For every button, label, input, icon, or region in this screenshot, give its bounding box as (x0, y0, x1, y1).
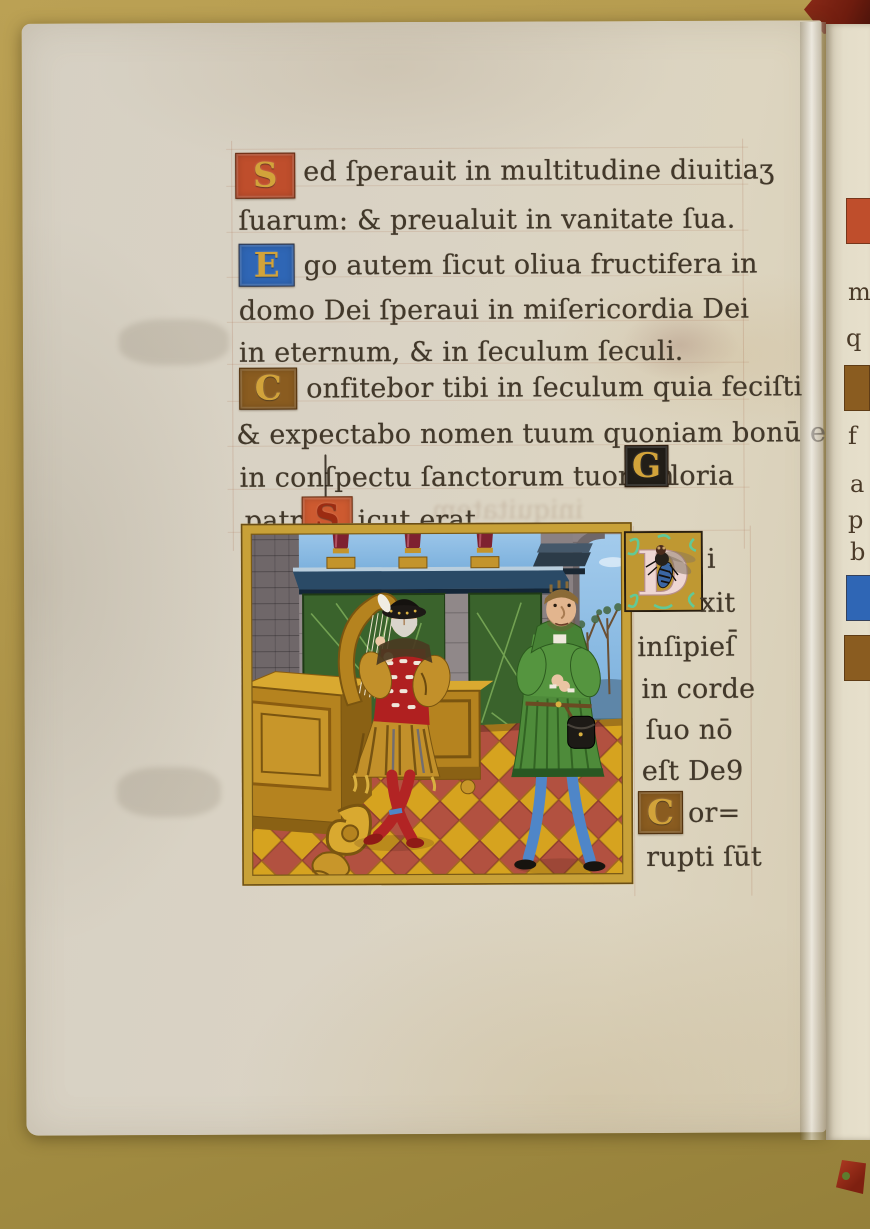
initial-d-artwork: D (624, 531, 703, 612)
miniature-king-david-and-fool (241, 522, 634, 886)
ball-foot (461, 780, 475, 794)
initial-letter: E (254, 248, 280, 282)
facing-letter-fragment: m (848, 278, 870, 306)
psalm-line: i (707, 543, 716, 577)
belt-pouch (568, 716, 595, 748)
psalm-line: xit (700, 587, 735, 621)
black-shoe (514, 860, 536, 870)
pillar-cornice (533, 552, 591, 566)
page-gutter-fold (800, 22, 826, 1140)
margin-smudge (119, 319, 229, 365)
photo-backdrop: iniquitatem S ed ſperauit in multitudine… (0, 0, 870, 1229)
psalm-line: ſuo nō (646, 714, 733, 748)
facing-initial-fragment-blue (846, 575, 870, 621)
initial-letter: G (632, 449, 661, 483)
illuminated-initial-D-with-fly: D (624, 531, 703, 612)
psalm-line: onfitebor tibi in ſeculum quia feciſti (306, 370, 802, 406)
facing-initial-fragment-gold (844, 635, 870, 681)
initial-letter: C (255, 372, 282, 406)
manuscript-page: iniquitatem S ed ſperauit in multitudine… (22, 20, 827, 1135)
psalm-line: & expectabo nomen tuum quoniam bonū eſt (236, 416, 847, 452)
verse-initial-E-blue: E (239, 244, 295, 287)
psalm-line: in eternum, & in ſeculum ſeculi. (239, 335, 684, 371)
psalm-line: domo Dei ſperaui in miſericordia Dei (239, 293, 750, 329)
verse-initial-S-red: S (235, 153, 295, 199)
pen-flourish (324, 454, 326, 500)
psalm-line: go autem ſicut oliua fructifera in (304, 248, 758, 284)
mantel-shelf (293, 566, 569, 594)
psalm-line: in corde (641, 673, 755, 707)
shirt-collar (553, 634, 566, 643)
psalm-line: ſuarum: & preualuit in vanitate ſua. (238, 203, 735, 239)
belt-buckle (556, 701, 562, 707)
psalm-line: eſt De9 (642, 755, 744, 789)
facing-letter-fragment: q (846, 324, 861, 352)
initial-letter: S (253, 159, 278, 193)
psalm-line: in conſpectu ſanctorum tuorum (239, 460, 674, 496)
hem-band (512, 768, 604, 776)
psalm-line: inſipieſ̄ (637, 631, 735, 665)
psalm-line: loria (670, 460, 734, 494)
verse-initial-G-black: G (624, 445, 668, 487)
ruling-line (226, 147, 748, 150)
facing-page-edge: m q f a p b (826, 24, 870, 1140)
psalm-line: ed ſperauit in multitudine diuitiaʒ (303, 153, 774, 189)
black-shoe (583, 861, 605, 871)
facing-letter-fragment: f (848, 422, 857, 450)
facing-letter-fragment: p (848, 506, 863, 534)
initial-letter: C (647, 795, 674, 829)
verse-initial-C-gold: C (638, 791, 683, 834)
psalm-line: or= (688, 797, 741, 831)
red-shoe (406, 838, 424, 848)
facing-initial-fragment-gold (844, 365, 870, 411)
psalm-line: rupti ſūt (646, 841, 762, 875)
verse-initial-C-brown: C (239, 368, 297, 410)
facing-letter-fragment: a (850, 470, 864, 498)
margin-smudge (117, 767, 221, 817)
facing-initial-fragment-red (846, 198, 870, 244)
bookmark-ribbon-end (836, 1160, 866, 1194)
facing-letter-fragment: b (850, 538, 865, 566)
